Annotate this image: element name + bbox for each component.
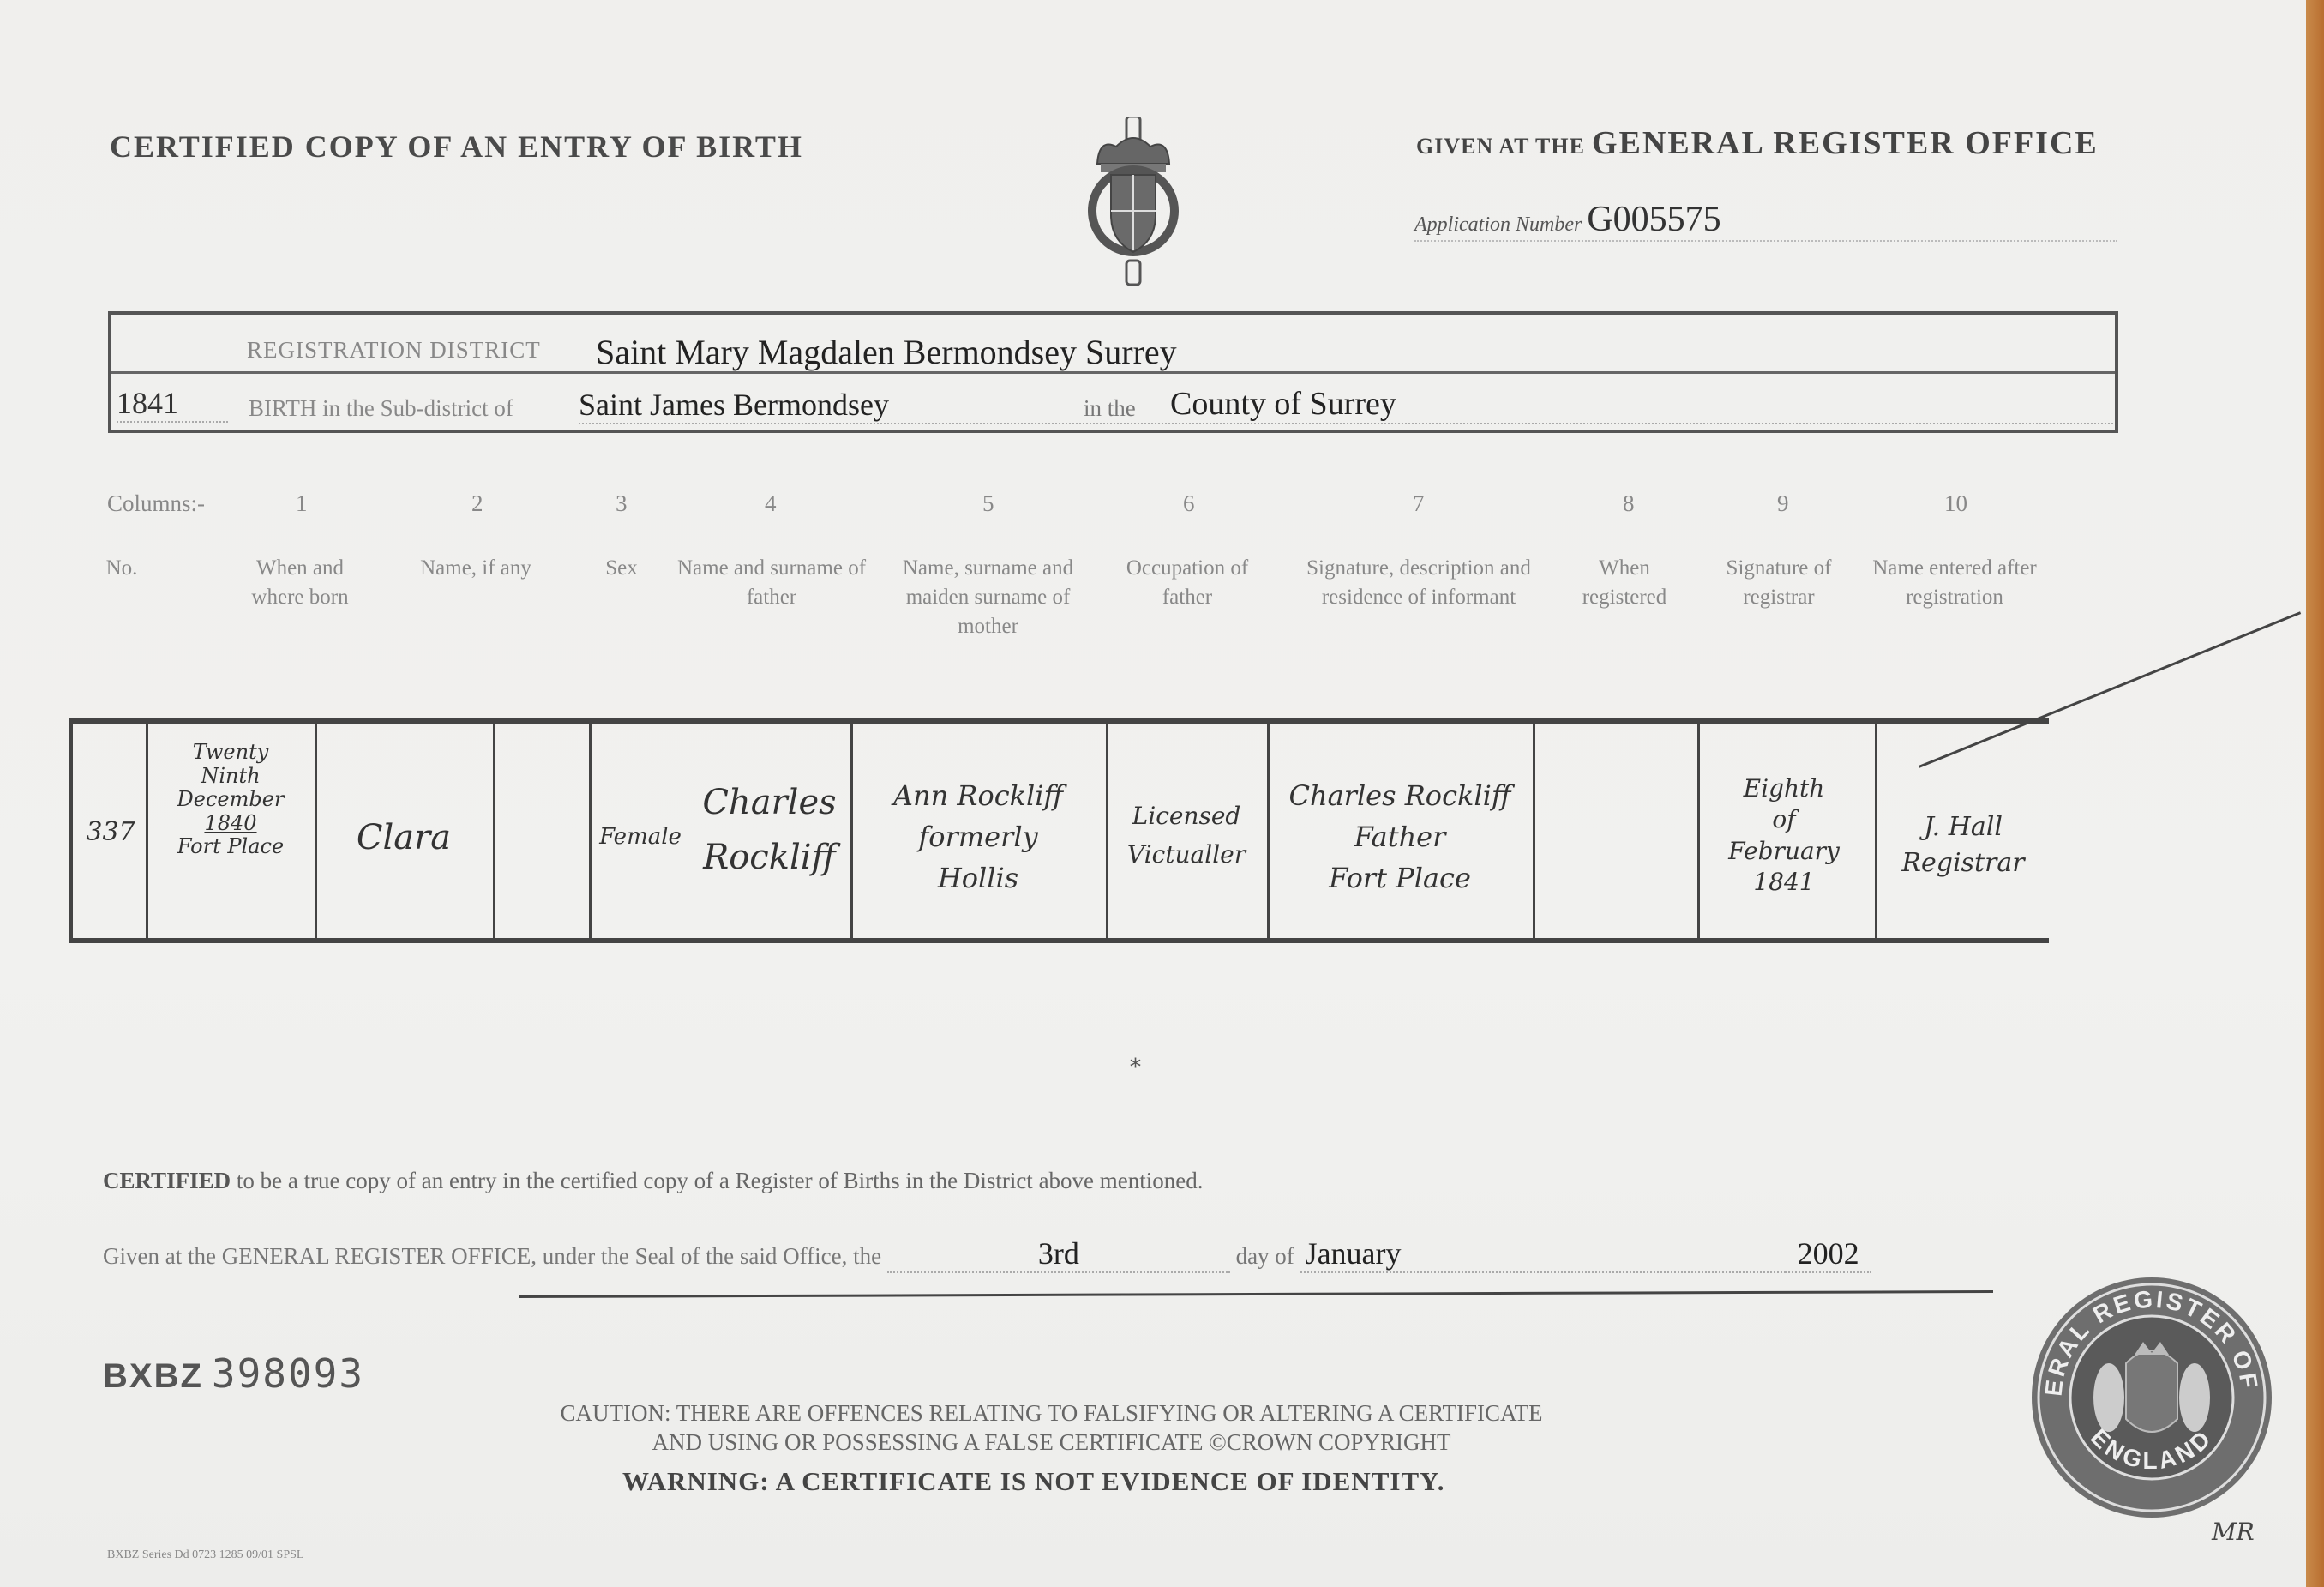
serial-prefix: BXBZ (103, 1357, 203, 1395)
occupation-line2: Victualler (1108, 836, 1264, 875)
application-number-value: G005575 (1587, 200, 1720, 239)
given-text: Given at the GENERAL REGISTER OFFICE, un… (103, 1243, 881, 1269)
entry-mother: Ann Rockliff formerly Hollis (853, 775, 1103, 899)
entry-father: Charles Rockliff (690, 775, 849, 885)
columns-label: Columns:- (107, 490, 205, 517)
caution-notice: CAUTION: THERE ARE OFFENCES RELATING TO … (518, 1399, 1585, 1458)
born-month: December (148, 788, 313, 812)
column-header-registrar: Signature of registrar (1702, 554, 1856, 612)
registered-month: February (1700, 836, 1868, 867)
column-number: 5 (982, 490, 994, 517)
entry-table: 337 Twenty Ninth December 1840 Fort Plac… (69, 718, 2049, 943)
column-header-mother: Name, surname and maiden surname of moth… (883, 554, 1093, 640)
issue-year: 2002 (1786, 1235, 1871, 1273)
column-header-sex: Sex (592, 554, 652, 583)
entry-registrar-signature: J. Hall Registrar (1877, 809, 2049, 881)
column-number: 1 (296, 490, 308, 517)
identity-warning: WARNING: A CERTIFICATE IS NOT EVIDENCE O… (622, 1466, 1444, 1497)
mother-name: Ann Rockliff (853, 775, 1103, 816)
column-number: 2 (471, 490, 483, 517)
father-forename: Charles (690, 775, 849, 830)
issue-month: January (1300, 1235, 1786, 1273)
given-at-label: GIVEN AT THE (1416, 134, 1585, 159)
born-day-ordinal: Ninth (148, 765, 313, 789)
subdistrict-value: Saint James Bermondsey (579, 387, 1170, 424)
born-year: 1840 (148, 812, 313, 836)
mother-formerly: formerly (853, 816, 1103, 857)
application-number-field: Application NumberG005575 (1414, 199, 2117, 242)
column-number: 3 (616, 490, 628, 517)
in-the-label: in the (1084, 395, 1136, 422)
stray-mark: * (1130, 1055, 1141, 1080)
certificate-title: CERTIFIED COPY OF AN ENTRY OF BIRTH (110, 129, 803, 165)
column-number: 10 (1944, 490, 1967, 517)
certified-text: to be a true copy of an entry in the cer… (237, 1168, 1204, 1193)
registration-district-label: REGISTRATION DISTRICT (247, 337, 541, 364)
certified-bold: CERTIFIED (103, 1168, 231, 1193)
given-statement: Given at the GENERAL REGISTER OFFICE, un… (103, 1235, 1871, 1273)
informant-name: Charles Rockliff (1270, 775, 1530, 816)
general-register-office-label: GENERAL REGISTER OFFICE (1592, 125, 2099, 161)
certificate-serial: BXBZ398093 (103, 1350, 364, 1397)
registered-year: 1841 (1700, 867, 1868, 898)
mother-maiden-surname: Hollis (853, 857, 1103, 899)
father-surname: Rockliff (690, 830, 849, 885)
gro-seal-icon: GENERAL REGISTER OFFICE ENGLAND (2023, 1269, 2280, 1526)
column-header-when-where-born: When and where born (240, 554, 360, 612)
district-box: REGISTRATION DISTRICT Saint Mary Magdale… (108, 311, 2118, 433)
column-header-occupation: Occupation of father (1114, 554, 1260, 612)
column-number: 6 (1183, 490, 1195, 517)
registration-district-value: Saint Mary Magdalen Bermondsey Surrey (596, 332, 1177, 372)
year-value: 1841 (117, 385, 228, 423)
column-divider (589, 724, 592, 938)
column-header-father: Name and surname of father (669, 554, 874, 612)
day-of-label: day of (1236, 1243, 1294, 1269)
occupation-line1: Licensed (1108, 797, 1264, 836)
entry-informant: Charles Rockliff Father Fort Place (1270, 775, 1530, 899)
serial-number: 398093 (212, 1350, 364, 1397)
informant-description: Father (1270, 816, 1530, 857)
handwritten-initials: MR (2212, 1518, 2255, 1546)
column-number: 7 (1413, 490, 1425, 517)
column-header-informant: Signature, description and residence of … (1282, 554, 1556, 612)
entry-when-registered: Eighth of February 1841 (1700, 773, 1868, 899)
entry-child-name: Clara (318, 818, 489, 857)
entry-sex: Female (592, 825, 688, 851)
entry-occupation: Licensed Victualler (1108, 797, 1264, 875)
column-divider (493, 724, 495, 938)
born-day: Twenty (148, 741, 313, 765)
column-header-when-registered: When registered (1569, 554, 1680, 612)
caution-line-1: CAUTION: THERE ARE OFFENCES RELATING TO … (518, 1399, 1585, 1428)
application-number-label: Application Number (1414, 213, 1582, 236)
registered-day: Eighth (1700, 773, 1868, 804)
registration-district-row: REGISTRATION DISTRICT Saint Mary Magdale… (111, 315, 2115, 374)
column-number: 8 (1623, 490, 1635, 517)
column-number: 9 (1777, 490, 1789, 517)
column-header-name: Name, if any (403, 554, 549, 583)
certified-statement: CERTIFIED to be a true copy of an entry … (103, 1168, 1204, 1194)
birth-subdistrict-label: BIRTH in the Sub-district of (249, 395, 513, 422)
registered-of: of (1700, 804, 1868, 835)
print-code: BXBZ Series Dd 0723 1285 09/01 SPSL (107, 1548, 303, 1562)
registrar-title: Registrar (1877, 845, 2049, 881)
column-header-no: No. (96, 554, 147, 583)
column-number: 4 (765, 490, 777, 517)
royal-crest-icon (1082, 117, 1185, 288)
column-divider (1533, 724, 1535, 938)
issue-day: 3rd (887, 1235, 1230, 1273)
entry-number: 337 (76, 818, 145, 848)
caution-line-2: AND USING OR POSSESSING A FALSE CERTIFIC… (518, 1428, 1585, 1458)
born-place: Fort Place (148, 835, 313, 859)
informant-residence: Fort Place (1270, 857, 1530, 899)
entry-when-where-born: Twenty Ninth December 1840 Fort Place (148, 741, 313, 859)
table-edge (2306, 0, 2324, 1587)
column-divider (315, 724, 317, 938)
county-value: County of Surrey (1144, 385, 2113, 424)
given-at-heading: GIVEN AT THEGENERAL REGISTER OFFICE (1416, 124, 2099, 162)
column-header-name-after-registration: Name entered after registration (1865, 554, 2045, 612)
registrar-name: J. Hall (1877, 809, 2049, 845)
